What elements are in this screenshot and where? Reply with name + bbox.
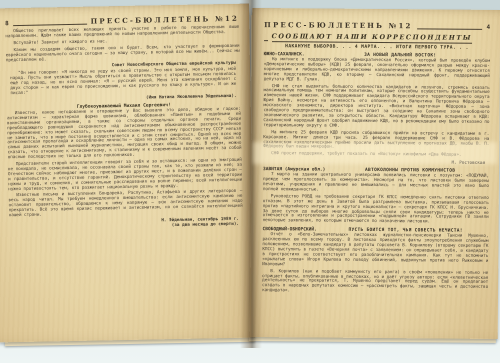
rubric-title: СООБЩАЮТ НАШИ КОРРЕСПОНДЕНТЫ [272,32,472,44]
letter-body: Известно, какое негодование и отвращение… [7,108,242,162]
letter-signature: Н. Эйдельман, сентябрь 1989 г. (за два м… [9,217,239,231]
masthead-title: ПРЕСС-БЮЛЛЕТЕНЬ №12 [90,14,239,26]
right-page: ПРЕСС-БЮЛЛЕТЕНЬ №12 4 СООБЩАЮТ НАШИ КОРР… [250,8,500,339]
section-1-paragraph: На митинге 25 февраля КДВ просила собрав… [263,131,489,152]
section-1-paragraph: СНФ не стал выдвигать большого количеств… [263,85,489,131]
right-page-header: ПРЕСС-БЮЛЛЕТЕНЬ №12 4 [264,20,490,31]
left-page-number: 8 [5,20,9,27]
masthead-title: ПРЕСС-БЮЛЛЕТЕНЬ №12 [264,20,413,30]
left-page: 8 ПРЕСС-БЮЛЛЕТЕНЬ №12 Общество приглашае… [0,4,255,343]
section-3-paragraph: Отчёт о «Бело-Замечательных» листовках ж… [262,233,488,269]
section-2-paragraph: 7 марта на здании центрального универсам… [263,173,489,194]
right-page-number: 4 [486,24,490,31]
elections-kicker: НАКАНУНЕ ВЫБОРОВ. . . 4 МАРТА. . . ИТОГИ… [264,44,490,51]
eidelman-quote: "Он мне говорил: «Я никогда не уеду из с… [10,68,236,97]
section-3-paragraph: В. Корнилов (как и подобает коммунисту е… [262,270,488,296]
section-1-paragraph: На митинге в поддержку блока «Демократич… [264,58,490,84]
header-rule [417,27,483,30]
rubric-rule [264,39,268,41]
header-rule [13,23,87,26]
section-1-paragraph: СНФ просит поддержки, требует показать п… [263,152,489,159]
scanned-bulletin-spread: 8 ПРЕСС-БЮЛЛЕТЕНЬ №12 Общество приглашае… [0,0,500,363]
rubric-row: СООБЩАЮТ НАШИ КОРРЕСПОНДЕНТЫ [264,32,490,44]
letter-body: Представители старой интеллигенции говор… [8,159,243,193]
section-1-signature: М. Ростовская [263,159,485,166]
letter-body: Известные письма и выступления Бондарева… [8,190,242,219]
section-2-paragraph: Руководство РОВД на требование секретаря… [263,195,489,226]
